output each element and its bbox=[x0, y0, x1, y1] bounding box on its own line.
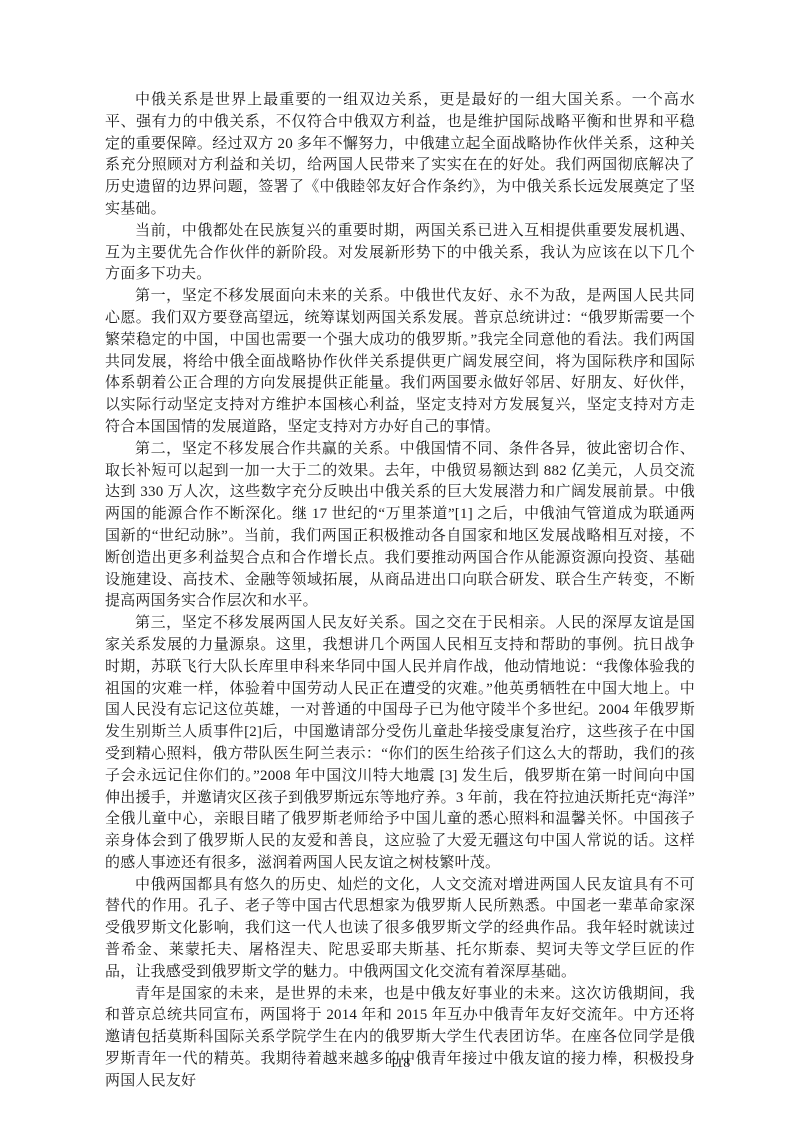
paragraph: 当前，中俄都处在民族复兴的重要时期，两国关系已进入互相提供重要发展机遇、互为主要… bbox=[105, 221, 695, 286]
paragraph: 中俄两国都具有悠久的历史、灿烂的文化，人文交流对增进两国人民友谊具有不可替代的作… bbox=[105, 875, 695, 984]
paragraph: 中俄关系是世界上最重要的一组双边关系，更是最好的一组大国关系。一个高水平、强有力… bbox=[105, 90, 695, 221]
paragraph: 第三，坚定不移发展两国人民友好关系。国之交在于民相亲。人民的深厚友谊是国家关系发… bbox=[105, 613, 695, 875]
page-number: 118 bbox=[105, 1056, 695, 1072]
paragraph: 第一，坚定不移发展面向未来的关系。中俄世代友好、永不为敌，是两国人民共同心愿。我… bbox=[105, 286, 695, 439]
document-page: 中俄关系是世界上最重要的一组双边关系，更是最好的一组大国关系。一个高水平、强有力… bbox=[0, 0, 800, 1131]
paragraph: 青年是国家的未来，是世界的未来，也是中俄友好事业的未来。这次访俄期间，我和普京总… bbox=[105, 984, 695, 1093]
document-body: 中俄关系是世界上最重要的一组双边关系，更是最好的一组大国关系。一个高水平、强有力… bbox=[105, 90, 695, 1093]
paragraph: 第二，坚定不移发展合作共赢的关系。中俄国情不同、条件各异，彼此密切合作、取长补短… bbox=[105, 439, 695, 613]
